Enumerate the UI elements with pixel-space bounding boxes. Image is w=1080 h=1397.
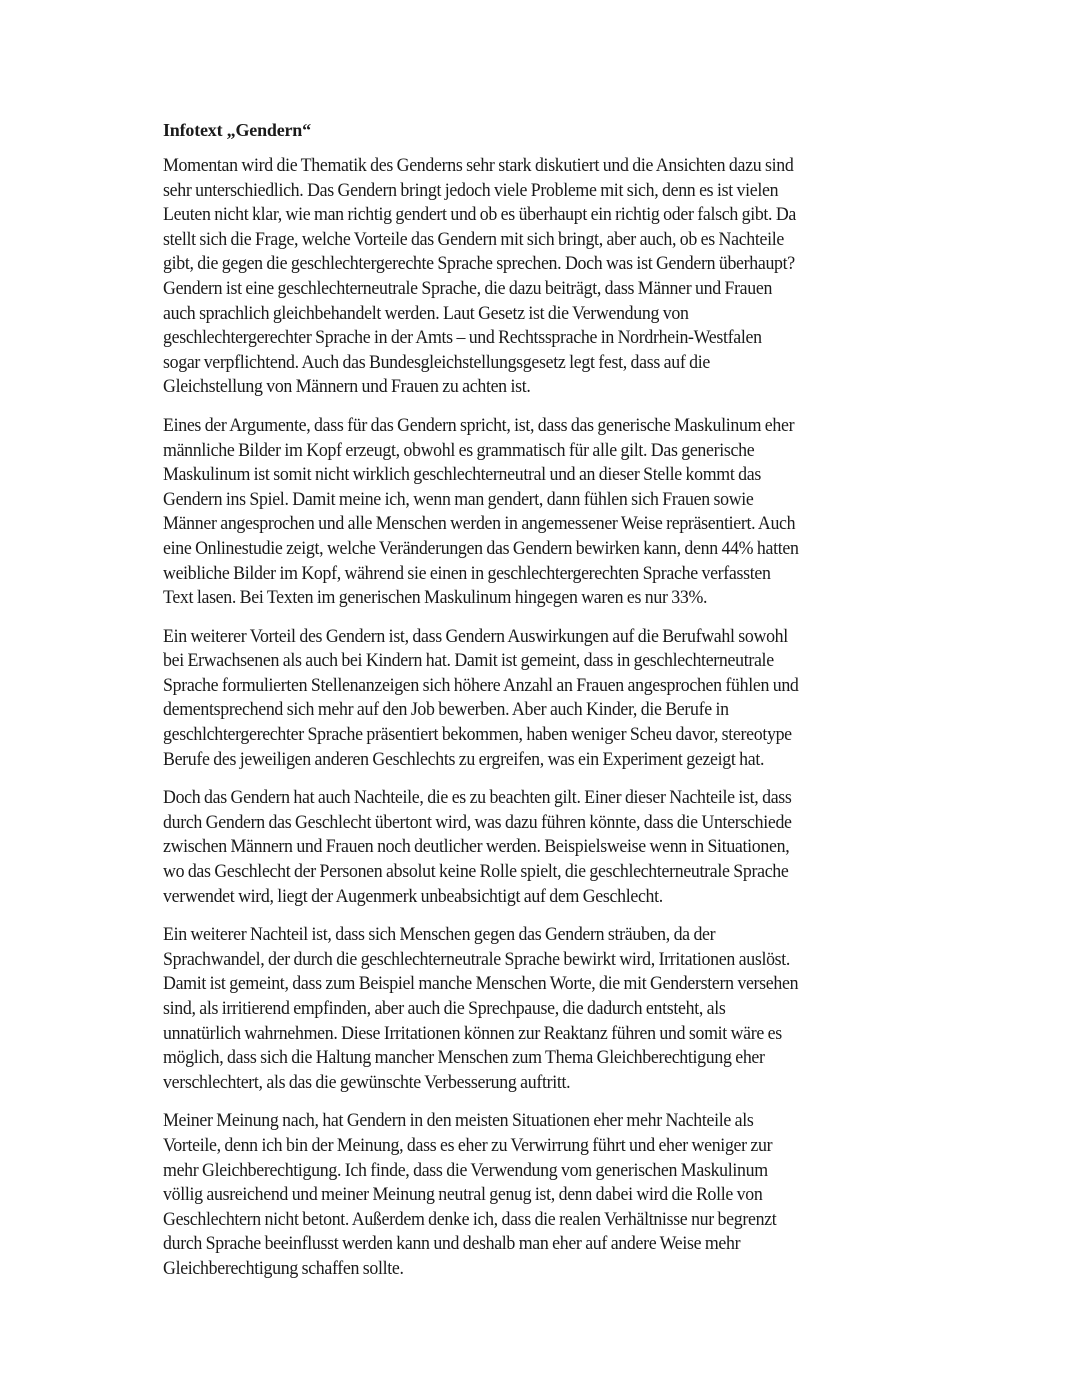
text-line: auch sprachlich gleichbehandelt werden. …	[163, 302, 877, 327]
text-line: Momentan wird die Thematik des Genderns …	[163, 154, 877, 179]
document-page: Infotext „Gendern“ Momentan wird die The…	[163, 118, 923, 1296]
text-line: Gendern ins Spiel. Damit meine ich, wenn…	[163, 488, 877, 513]
text-line: möglich, dass sich die Haltung mancher M…	[163, 1046, 877, 1071]
text-line: stellt sich die Frage, welche Vorteile d…	[163, 228, 877, 253]
text-line: Text lasen. Bei Texten im generischen Ma…	[163, 586, 877, 611]
text-line: mehr Gleichberechtigung. Ich finde, dass…	[163, 1159, 877, 1184]
text-line: sind, als irritierend empfinden, aber au…	[163, 997, 877, 1022]
text-line: verschlechtert, als das die gewünschte V…	[163, 1071, 877, 1096]
text-line: dementsprechend sich mehr auf den Job be…	[163, 698, 877, 723]
text-line: Gleichberechtigung schaffen sollte.	[163, 1257, 877, 1282]
text-line: Vorteile, denn ich bin der Meinung, dass…	[163, 1134, 877, 1159]
text-line: Männer angesprochen und alle Menschen we…	[163, 512, 877, 537]
text-line: Berufe des jeweiligen anderen Geschlecht…	[163, 748, 877, 773]
text-line: Leuten nicht klar, wie man richtig gende…	[163, 203, 877, 228]
text-line: männliche Bilder im Kopf erzeugt, obwohl…	[163, 439, 877, 464]
text-line: völlig ausreichend und meiner Meinung ne…	[163, 1183, 877, 1208]
text-line: wo das Geschlecht der Personen absolut k…	[163, 860, 877, 885]
text-line: geschlchtergerechter Sprache präsentiert…	[163, 723, 877, 748]
paragraph-argument-pro-2: Ein weiterer Vorteil des Gendern ist, da…	[163, 625, 923, 773]
text-line: sogar verpflichtend. Auch das Bundesglei…	[163, 351, 877, 376]
text-line: Sprachwandel, der durch die geschlechter…	[163, 948, 877, 973]
text-line: Doch das Gendern hat auch Nachteile, die…	[163, 786, 877, 811]
paragraph-argument-contra-1: Doch das Gendern hat auch Nachteile, die…	[163, 786, 923, 909]
text-line: eine Onlinestudie zeigt, welche Veränder…	[163, 537, 877, 562]
text-line: Ein weiterer Vorteil des Gendern ist, da…	[163, 625, 877, 650]
text-line: Gleichstellung von Männern und Frauen zu…	[163, 375, 877, 400]
text-line: gibt, die gegen die geschlechtergerechte…	[163, 252, 877, 277]
text-line: Meiner Meinung nach, hat Gendern in den …	[163, 1109, 877, 1134]
text-line: sehr unterschiedlich. Das Gendern bringt…	[163, 179, 877, 204]
text-line: Gendern ist eine geschlechterneutrale Sp…	[163, 277, 877, 302]
text-line: verwendet wird, liegt der Augenmerk unbe…	[163, 885, 877, 910]
paragraph-argument-pro-1: Eines der Argumente, dass für das Gender…	[163, 414, 923, 611]
paragraph-conclusion: Meiner Meinung nach, hat Gendern in den …	[163, 1109, 923, 1281]
text-line: bei Erwachsenen als auch bei Kindern hat…	[163, 649, 877, 674]
text-line: durch Gendern das Geschlecht übertont wi…	[163, 811, 877, 836]
text-line: Geschlechtern nicht betont. Außerdem den…	[163, 1208, 877, 1233]
text-line: Damit ist gemeint, dass zum Beispiel man…	[163, 972, 877, 997]
paragraph-introduction: Momentan wird die Thematik des Genderns …	[163, 154, 923, 400]
document-title: Infotext „Gendern“	[163, 118, 923, 142]
text-line: Eines der Argumente, dass für das Gender…	[163, 414, 877, 439]
text-line: Maskulinum ist somit nicht wirklich gesc…	[163, 463, 877, 488]
text-line: weibliche Bilder im Kopf, während sie ei…	[163, 562, 877, 587]
text-line: durch Sprache beeinflusst werden kann un…	[163, 1232, 877, 1257]
text-line: geschlechtergerechter Sprache in der Amt…	[163, 326, 877, 351]
text-line: unnatürlich wahrnehmen. Diese Irritation…	[163, 1022, 877, 1047]
text-line: zwischen Männern und Frauen noch deutlic…	[163, 835, 877, 860]
paragraph-argument-contra-2: Ein weiterer Nachteil ist, dass sich Men…	[163, 923, 923, 1095]
text-line: Sprache formulierten Stellenanzeigen sic…	[163, 674, 877, 699]
text-line: Ein weiterer Nachteil ist, dass sich Men…	[163, 923, 877, 948]
